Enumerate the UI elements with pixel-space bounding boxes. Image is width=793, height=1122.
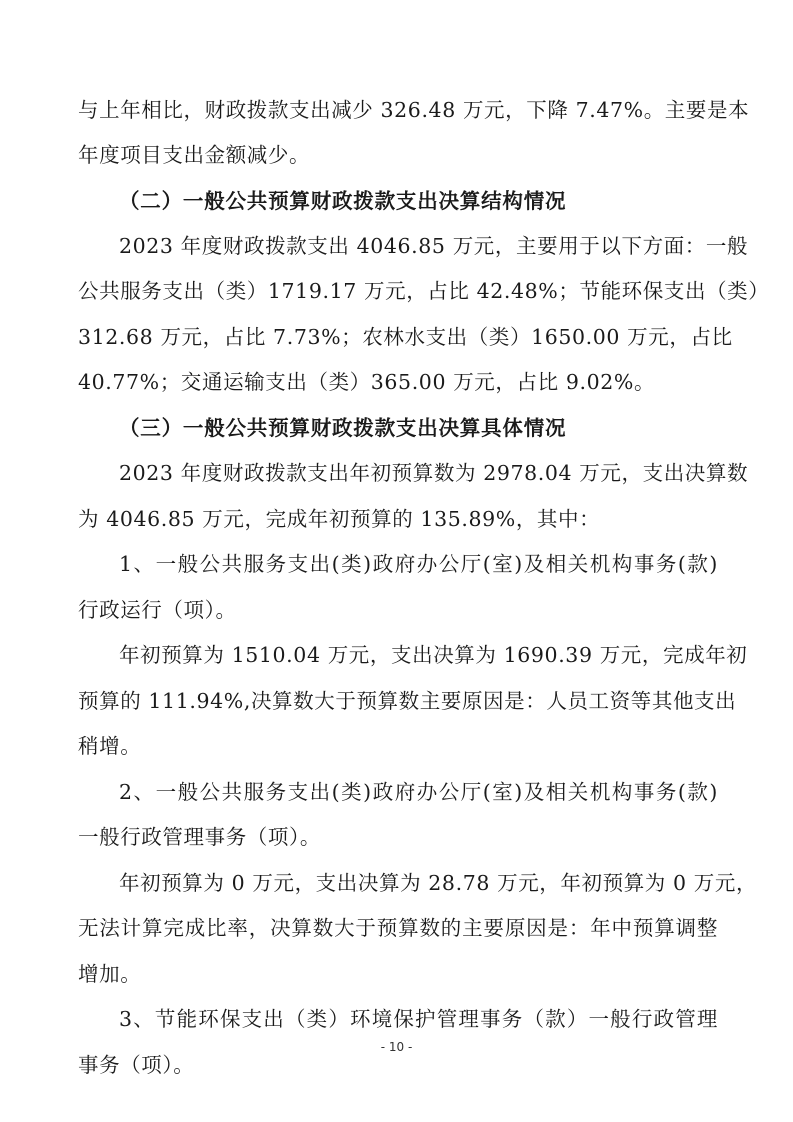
section-heading-details: （三）一般公共预算财政拨款支出决算具体情况 [119,414,566,442]
paragraph-line: 40.77%；交通运输支出（类）365.00 万元，占比 9.02%。 [78,368,718,396]
paragraph-line: 2、一般公共服务支出(类)政府办公厅(室)及相关机构事务(款) [78,778,718,806]
paragraph-line: 年初预算为 0 万元，支出决算为 28.78 万元，年初预算为 0 万元， [78,869,718,897]
paragraph-line: 无法计算完成比率，决算数大于预算数的主要原因是：年中预算调整 [78,914,718,942]
paragraph-line: 年初预算为 1510.04 万元，支出决算为 1690.39 万元，完成年初 [78,641,718,669]
paragraph-line: 2023 年度财政拨款支出年初预算数为 2978.04 万元，支出决算数 [78,459,718,487]
paragraph-line: 预算的 111.94%,决算数大于预算数主要原因是：人员工资等其他支出 [78,687,718,715]
paragraph-line: 一般行政管理事务（项）。 [78,823,718,851]
paragraph-line: 2023 年度财政拨款支出 4046.85 万元，主要用于以下方面：一般 [78,232,718,260]
paragraph-line: 为 4046.85 万元，完成年初预算的 135.89%，其中： [78,505,718,533]
paragraph-line: 1、一般公共服务支出(类)政府办公厅(室)及相关机构事务(款) [78,550,718,578]
paragraph-line: 增加。 [78,960,718,988]
paragraph-line: 事务（项）。 [78,1051,718,1079]
paragraph-line: 年度项目支出金额减少。 [78,141,718,169]
section-heading-structure: （二）一般公共预算财政拨款支出决算结构情况 [119,187,566,215]
paragraph-line: 3、节能环保支出（类）环境保护管理事务（款）一般行政管理 [78,1005,718,1033]
page-number: - 10 - [0,1040,793,1054]
paragraph-line: 行政运行（项）。 [78,596,718,624]
paragraph-line: 稍增。 [78,732,718,760]
paragraph-line: 312.68 万元，占比 7.73%；农林水支出（类）1650.00 万元，占比 [78,323,718,351]
paragraph-line: 公共服务支出（类）1719.17 万元，占比 42.48%；节能环保支出（类） [78,277,718,305]
paragraph-line: 与上年相比，财政拨款支出减少 326.48 万元，下降 7.47%。主要是本 [78,96,718,124]
